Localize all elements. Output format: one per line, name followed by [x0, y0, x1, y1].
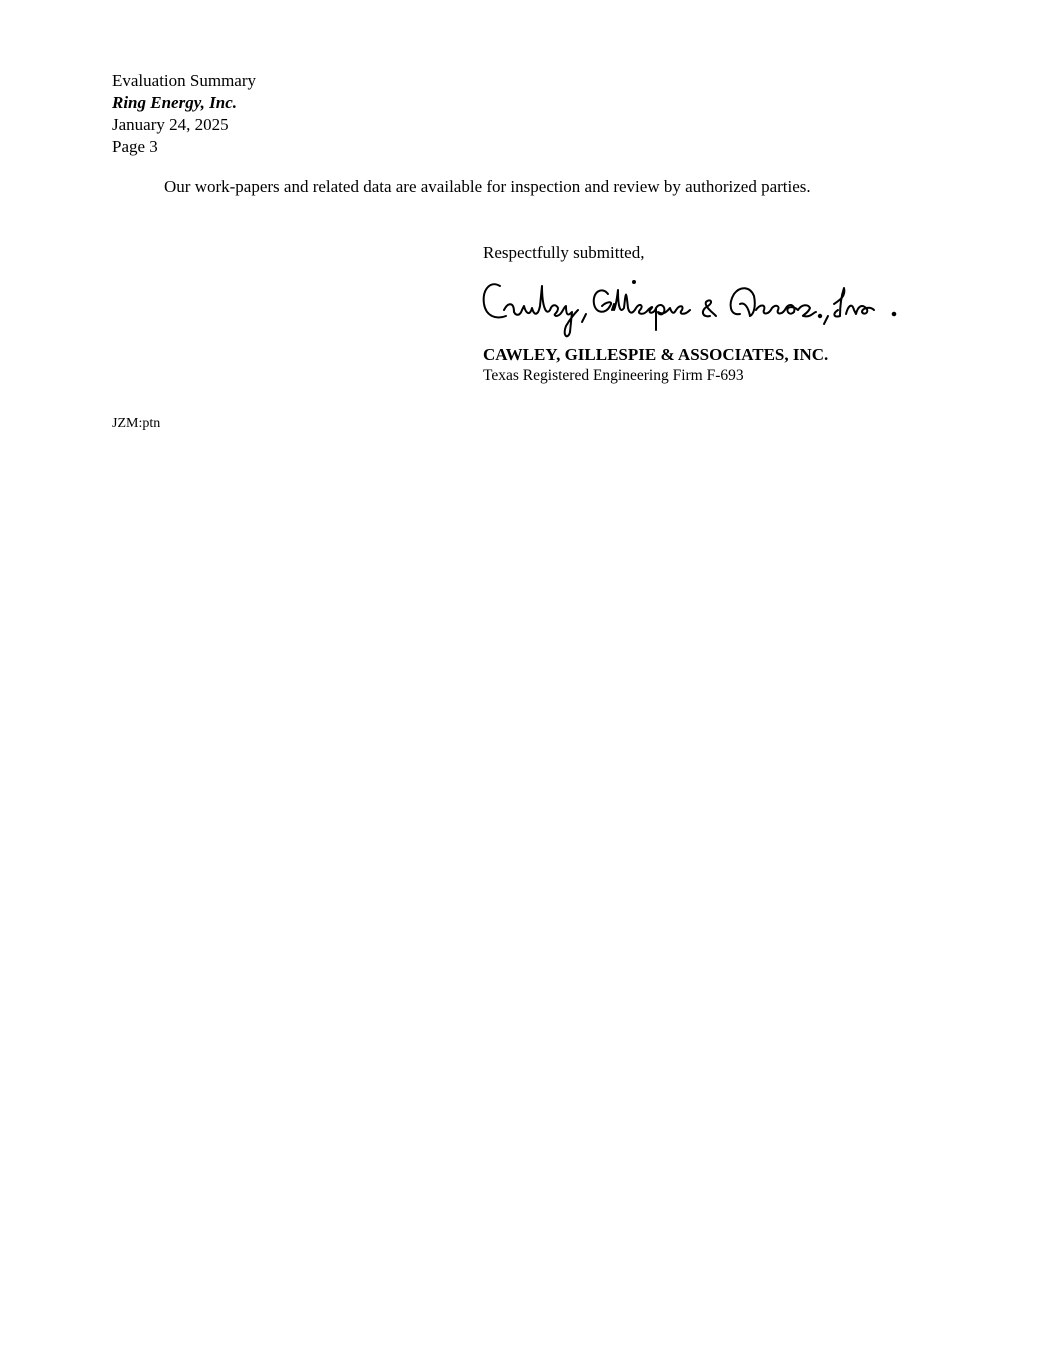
client-name: Ring Energy, Inc. — [112, 92, 237, 114]
firm-registration: Texas Registered Engineering Firm F-693 — [483, 367, 744, 385]
firm-name: CAWLEY, GILLESPIE & ASSOCIATES, INC. — [483, 345, 828, 365]
handwritten-signature — [478, 276, 908, 347]
page-number: Page 3 — [112, 136, 158, 158]
reference-initials: JZM:ptn — [112, 416, 160, 432]
closing-salutation: Respectfully submitted, — [483, 243, 644, 263]
document-title: Evaluation Summary — [112, 70, 256, 92]
document-date: January 24, 2025 — [112, 114, 229, 136]
signature-icon — [478, 276, 908, 342]
body-paragraph: Our work-papers and related data are ava… — [164, 177, 811, 197]
